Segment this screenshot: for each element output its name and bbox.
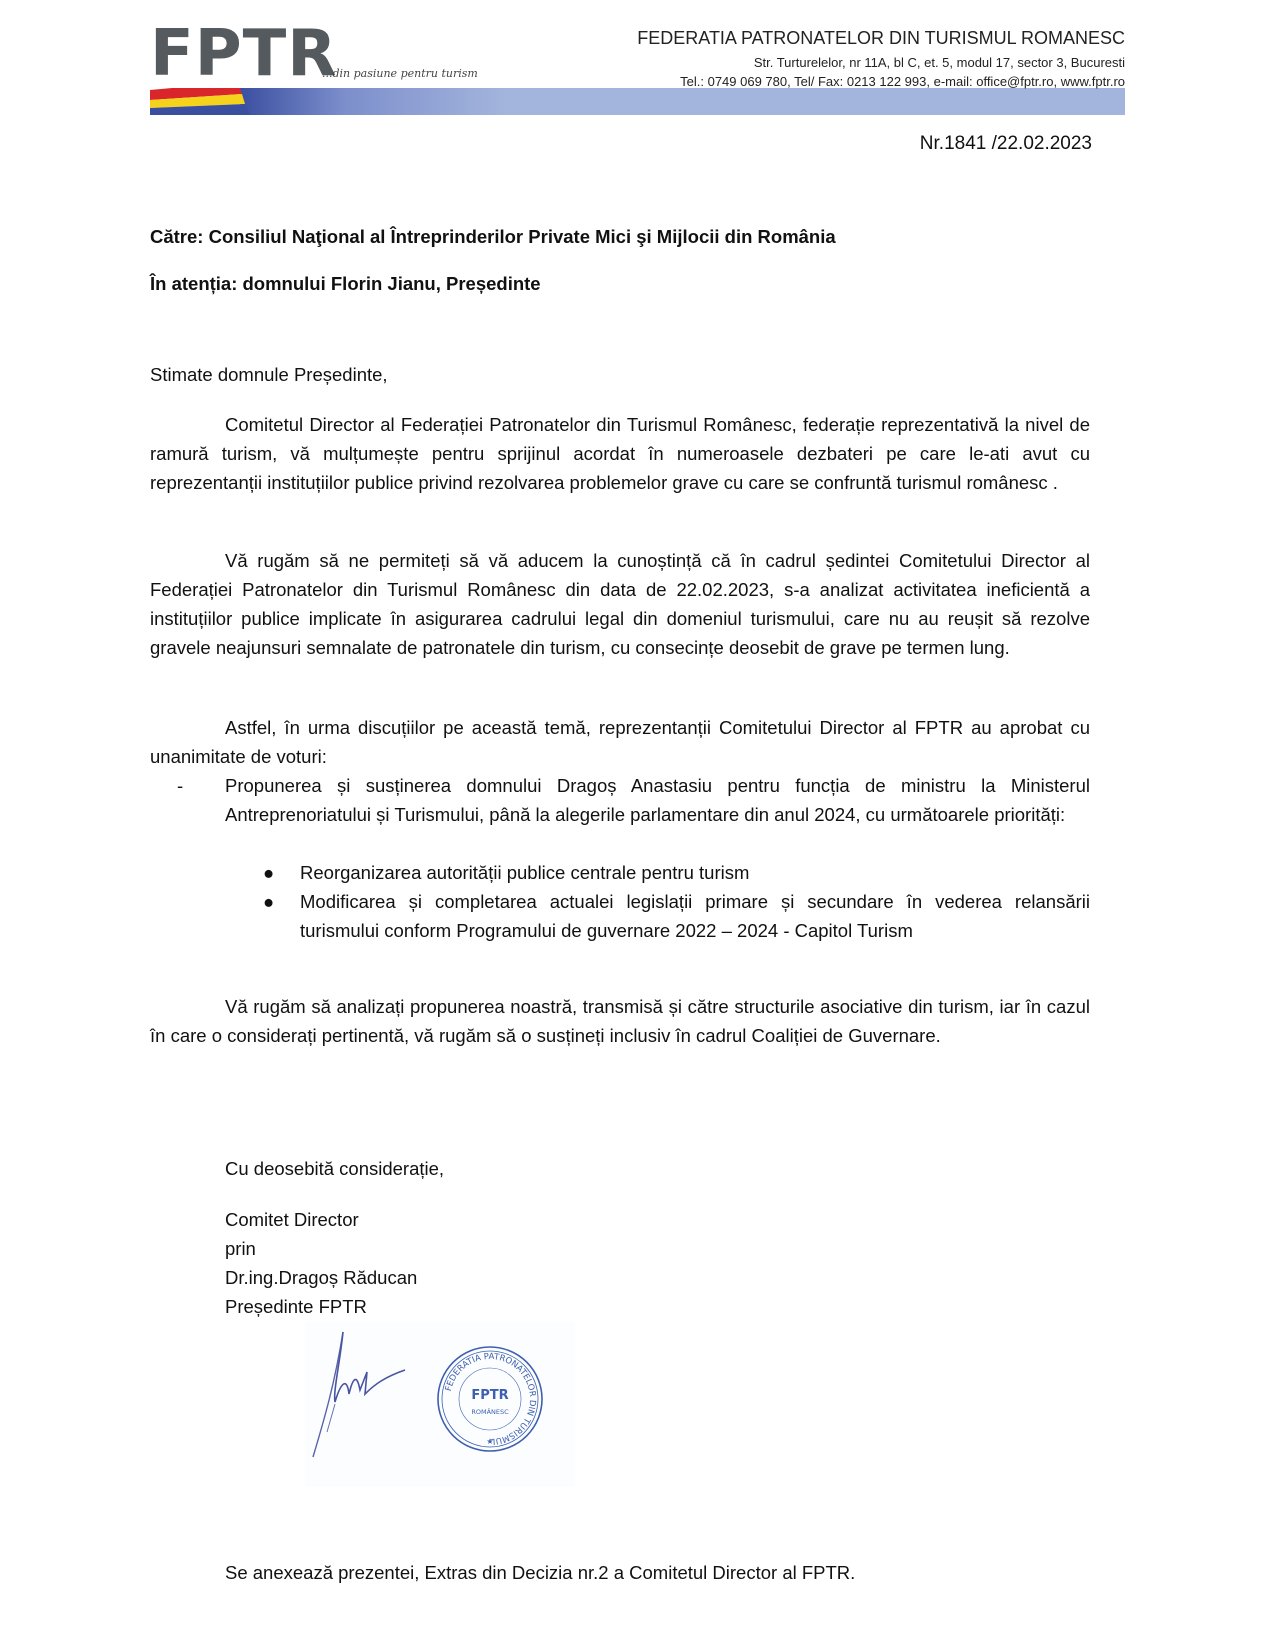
fptr-logo: FPTR — [150, 22, 338, 86]
signatory-name: Dr.ing.Dragoș Răducan — [225, 1263, 417, 1292]
paragraph-1: Comitetul Director al Federației Patrona… — [150, 410, 1090, 497]
organization-address: Str. Turturelelor, nr 11A, bl C, et. 5, … — [754, 55, 1125, 70]
priority-item: ● Reorganizarea autorității publice cent… — [225, 858, 1090, 887]
attention-line: În atenția: domnului Florin Jianu, Preșe… — [150, 273, 541, 295]
priorities-list: ● Reorganizarea autorității publice cent… — [225, 858, 1090, 945]
organization-name: FEDERATIA PATRONATELOR DIN TURISMUL ROMA… — [637, 28, 1125, 49]
paragraph-4: Vă rugăm să analizați propunerea noastră… — [150, 992, 1090, 1050]
svg-text:FPTR: FPTR — [471, 1388, 508, 1403]
organization-contact: Tel.: 0749 069 780, Tel/ Fax: 0213 122 9… — [680, 74, 1125, 89]
signature-block: Comitet Director prin Dr.ing.Dragoș Rădu… — [225, 1205, 417, 1321]
greeting: Stimate domnule Președinte, — [150, 364, 388, 386]
signing-body: Comitet Director — [225, 1205, 417, 1234]
signing-via: prin — [225, 1234, 417, 1263]
priority-item: ● Modificarea și completarea actualei le… — [225, 887, 1090, 945]
bullet-icon: ● — [263, 858, 274, 887]
dash-marker: - — [177, 771, 183, 800]
tricolor-ribbon-band — [150, 88, 1125, 115]
closing-salutation: Cu deosebită considerație, — [225, 1158, 444, 1180]
paragraph-3: Astfel, în urma discuțiilor pe această t… — [150, 713, 1090, 771]
annex-note: Se anexează prezentei, Extras din Decizi… — [225, 1562, 855, 1584]
proposal-text: Propunerea și susținerea domnului Dragoș… — [225, 771, 1090, 829]
official-stamp-icon: FEDERATIA PATRONATELOR DIN TURISMUL FPTR… — [435, 1344, 545, 1454]
recipient-line: Către: Consiliul Naţional al Întreprinde… — [150, 226, 836, 248]
svg-text:ROMÂNESC: ROMÂNESC — [471, 1407, 509, 1416]
svg-text:★: ★ — [486, 1437, 493, 1446]
proposal-item: - Propunerea și susținerea domnului Drag… — [150, 771, 1090, 829]
logo-tagline: ...din pasiune pentru turism — [322, 67, 478, 80]
bullet-icon: ● — [263, 887, 274, 916]
reference-number: Nr.1841 /22.02.2023 — [920, 133, 1092, 155]
signature-stamp-area: FEDERATIA PATRONATELOR DIN TURISMUL FPTR… — [305, 1322, 575, 1487]
signatory-role: Președinte FPTR — [225, 1292, 417, 1321]
paragraph-2: Vă rugăm să ne permiteți să vă aducem la… — [150, 546, 1090, 662]
